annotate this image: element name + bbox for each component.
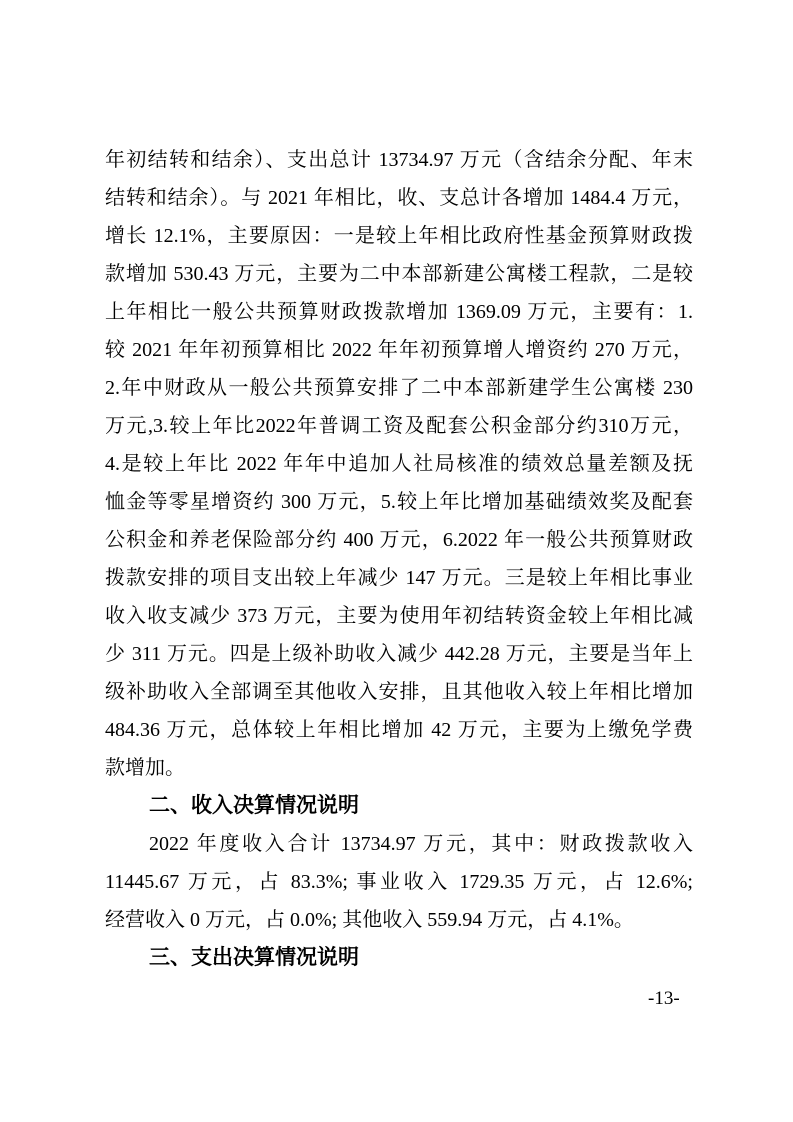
text-line: 结转和结余）。与 2021 年相比，收、支总计各增加 1484.4 万元， <box>105 179 693 217</box>
text-line: 级补助收入全部调至其他收入安排，且其他收入较上年相比增加 <box>105 673 693 711</box>
text-line: 恤金等零星增资约 300 万元，5.较上年比增加基础绩效奖及配套 <box>105 483 693 521</box>
page-number: -13- <box>648 988 680 1011</box>
text-line: 经营收入 0 万元，占 0.0%; 其他收入 559.94 万元，占 4.1%。 <box>105 901 693 939</box>
text-line: 上年相比一般公共预算财政拨款增加 1369.09 万元，主要有：1. <box>105 293 693 331</box>
text-line: 年初结转和结余）、支出总计 13734.97 万元（含结余分配、年末 <box>105 141 693 179</box>
text-line: 11445.67 万元，占 83.3%; 事业收入 1729.35 万元，占 1… <box>105 863 693 901</box>
text-line: 收入收支减少 373 万元，主要为使用年初结转资金较上年相比减 <box>105 597 693 635</box>
section-heading: 三、支出决算情况说明 <box>105 939 693 977</box>
text-line: 较 2021 年年初预算相比 2022 年年初预算增人增资约 270 万元， <box>105 331 693 369</box>
text-line: 4.是较上年比 2022 年年中追加人社局核准的绩效总量差额及抚 <box>105 445 693 483</box>
text-line: 2022 年度收入合计 13734.97 万元，其中：财政拨款收入 <box>105 825 693 863</box>
text-line: 2.年中财政从一般公共预算安排了二中本部新建学生公寓楼 230 <box>105 369 693 407</box>
text-line: 少 311 万元。四是上级补助收入减少 442.28 万元，主要是当年上 <box>105 635 693 673</box>
text-line: 增长 12.1%，主要原因：一是较上年相比政府性基金预算财政拨 <box>105 217 693 255</box>
text-line: 484.36 万元，总体较上年相比增加 42 万元，主要为上缴免学费 <box>105 711 693 749</box>
text-line: 万元,3.较上年比2022年普调工资及配套公积金部分约310万元， <box>105 407 693 445</box>
text-line: 公积金和养老保险部分约 400 万元，6.2022 年一般公共预算财政 <box>105 521 693 559</box>
document-body: 年初结转和结余）、支出总计 13734.97 万元（含结余分配、年末结转和结余）… <box>105 141 693 977</box>
text-line: 款增加。 <box>105 749 693 787</box>
document-page: 年初结转和结余）、支出总计 13734.97 万元（含结余分配、年末结转和结余）… <box>0 0 793 1122</box>
section-heading: 二、收入决算情况说明 <box>105 787 693 825</box>
text-line: 款增加 530.43 万元，主要为二中本部新建公寓楼工程款，二是较 <box>105 255 693 293</box>
text-line: 拨款安排的项目支出较上年减少 147 万元。三是较上年相比事业 <box>105 559 693 597</box>
